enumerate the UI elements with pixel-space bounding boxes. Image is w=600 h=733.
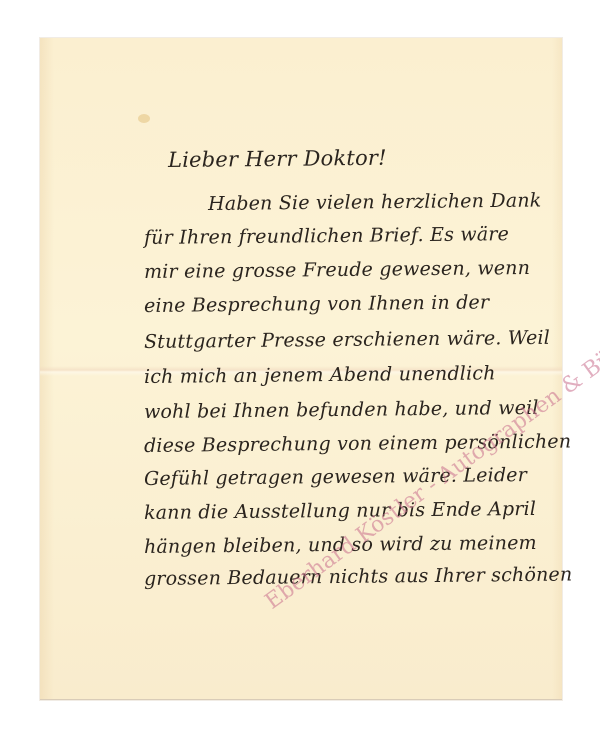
letter-line: ich mich an jenem Abend unendlich <box>144 362 496 388</box>
letter-line: wohl bei Ihnen befunden habe, und weil <box>144 397 539 423</box>
letter-line: für Ihren freundlichen Brief. Es wäre <box>144 223 509 249</box>
letter-body: Lieber Herr Doktor! Haben Sie vielen her… <box>40 38 562 699</box>
letter-line: mir eine grosse Freude gewesen, wenn <box>144 257 530 283</box>
letter-line: Stuttgarter Presse erschienen wäre. Weil <box>144 327 550 353</box>
scan-canvas: Lieber Herr Doktor! Haben Sie vielen her… <box>0 0 600 733</box>
letter-line: kann die Ausstellung nur bis Ende April <box>144 498 536 524</box>
letter-line: Haben Sie vielen herzlichen Dank <box>208 190 542 215</box>
letter-line: eine Besprechung von Ihnen in der <box>144 291 489 317</box>
letter-line: grossen Bedauern nichts aus Ihrer schöne… <box>144 564 573 590</box>
letter-paper: Lieber Herr Doktor! Haben Sie vielen her… <box>40 38 562 700</box>
letter-salutation: Lieber Herr Doktor! <box>168 146 387 172</box>
